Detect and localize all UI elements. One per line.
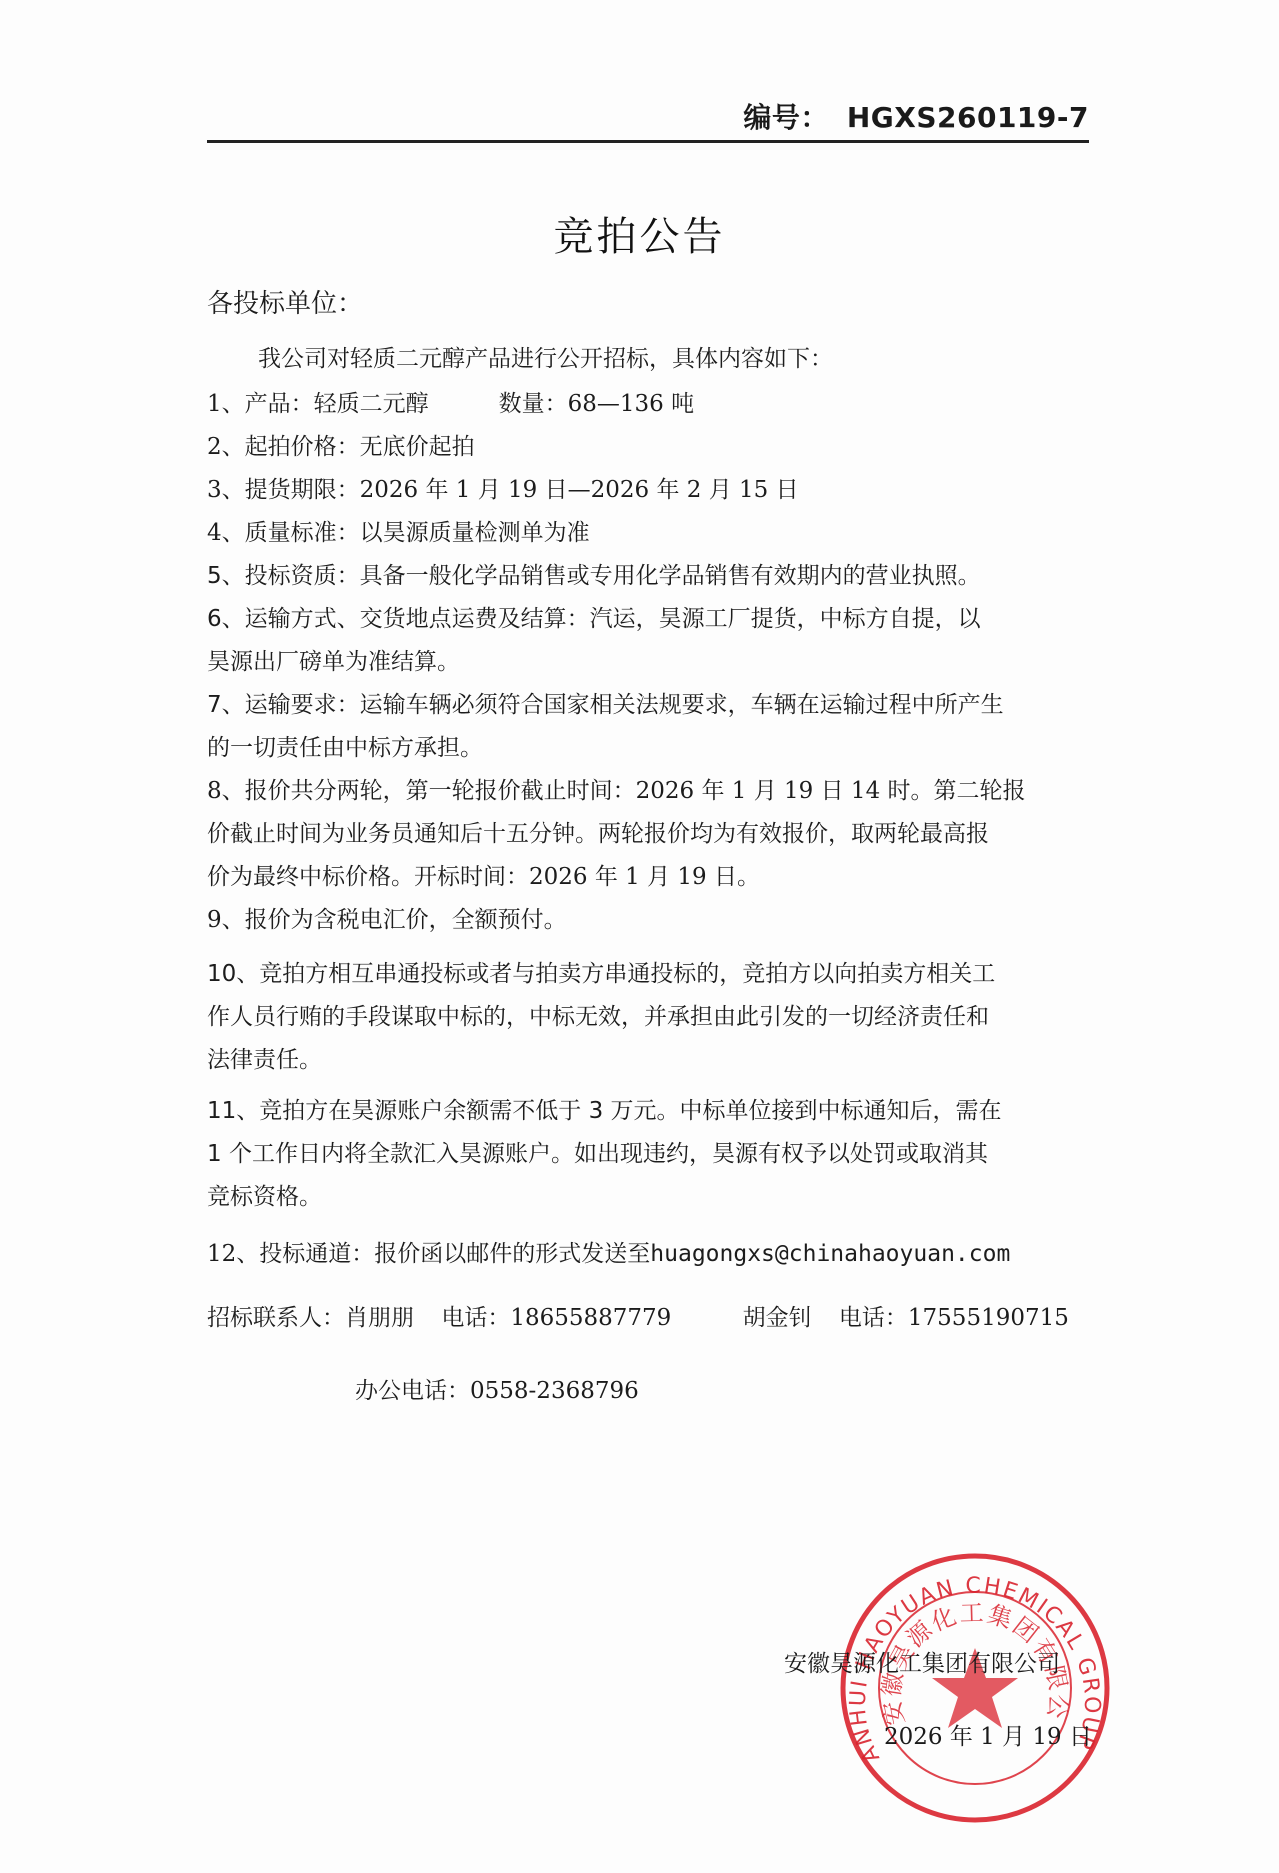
svg-text:安徽昊源化工集团有限公司: 安徽昊源化工集团有限公司 [835, 1548, 1073, 1728]
item-7-line-1: 7、运输要求：运输车辆必须符合国家相关法规要求，车辆在运输过程中所产生 [207, 686, 1004, 719]
item-4: 4、质量标准：以昊源质量检测单为准 [207, 514, 590, 547]
intro-paragraph: 我公司对轻质二元醇产品进行公开招标，具体内容如下： [258, 340, 833, 373]
contact-2-name: 胡金钊 [743, 1305, 812, 1331]
item-12: 12、投标通道：报价函以邮件的形式发送至huagongxs@chinahaoyu… [207, 1235, 1010, 1268]
contact-1-name: 肖朋朋 [345, 1305, 414, 1331]
item-1: 1、产品：轻质二元醇数量：68—136 吨 [207, 385, 694, 418]
item-1-product: 1、产品：轻质二元醇 [207, 391, 429, 417]
document-number-value: HGXS260119-7 [847, 101, 1089, 134]
document-number: 编号：HGXS260119-7 [743, 96, 1089, 136]
submission-email-link[interactable]: huagongxs@chinahaoyuan.com [650, 1241, 1010, 1267]
company-seal-stamp: ANHUI HAOYUAN CHEMICAL GROUP CO.,LTD. 安徽… [835, 1548, 1115, 1828]
signature-company: 安徽昊源化工集团有限公司 [784, 1645, 1060, 1678]
item-10-line-2: 作人员行贿的手段谋取中标的，中标无效，并承担由此引发的一切经济责任和 [207, 998, 989, 1031]
item-8-line-1: 8、报价共分两轮，第一轮报价截止时间：2026 年 1 月 19 日 14 时。… [207, 772, 1026, 805]
item-9: 9、报价为含税电汇价，全额预付。 [207, 901, 567, 934]
item-12-label: 12、投标通道：报价函以邮件的形式发送至 [207, 1241, 650, 1267]
item-5: 5、投标资质：具备一般化学品销售或专用化学品销售有效期内的营业执照。 [207, 557, 981, 590]
document-number-label: 编号： [743, 101, 829, 134]
item-6-line-1: 6、运输方式、交货地点运费及结算：汽运，昊源工厂提货，中标方自提，以 [207, 600, 981, 633]
salutation: 各投标单位： [207, 283, 363, 320]
contact-1-phone: 电话：18655887779 [441, 1305, 671, 1331]
item-8-line-3: 价为最终中标价格。开标时间：2026 年 1 月 19 日。 [207, 858, 760, 891]
seal-chinese-text: 安徽昊源化工集团有限公司 [835, 1548, 1073, 1728]
contact-2-phone: 电话：17555190715 [839, 1305, 1069, 1331]
item-3: 3、提货期限：2026 年 1 月 19 日—2026 年 2 月 15 日 [207, 471, 799, 504]
item-11-line-1: 11、竞拍方在昊源账户余额需不低于 3 万元。中标单位接到中标通知后，需在 [207, 1092, 1002, 1125]
office-phone: 办公电话：0558-2368796 [355, 1372, 639, 1405]
item-11-line-2: 1 个工作日内将全款汇入昊源账户。如出现违约，昊源有权予以处罚或取消其 [207, 1135, 988, 1168]
item-8-line-2: 价截止时间为业务员通知后十五分钟。两轮报价均为有效报价，取两轮最高报 [207, 815, 989, 848]
item-10-line-1: 10、竞拍方相互串通投标或者与拍卖方串通投标的，竞拍方以向拍卖方相关工 [207, 955, 995, 988]
item-10-line-3: 法律责任。 [207, 1041, 322, 1074]
item-7-line-2: 的一切责任由中标方承担。 [207, 729, 483, 762]
item-1-quantity: 数量：68—136 吨 [499, 391, 694, 417]
signature-date: 2026 年 1 月 19 日 [884, 1718, 1092, 1751]
contacts-label: 招标联系人： [207, 1305, 345, 1331]
item-6-line-2: 昊源出厂磅单为准结算。 [207, 643, 460, 676]
item-11-line-3: 竞标资格。 [207, 1178, 322, 1211]
header-divider [207, 140, 1089, 143]
page-title: 竞拍公告 [0, 205, 1279, 262]
item-2: 2、起拍价格：无底价起拍 [207, 428, 475, 461]
document-page: 编号：HGXS260119-7 竞拍公告 各投标单位： 我公司对轻质二元醇产品进… [0, 0, 1279, 1873]
contacts-row: 招标联系人：肖朋朋 电话：18655887779 胡金钊 电话：17555190… [207, 1299, 1069, 1332]
